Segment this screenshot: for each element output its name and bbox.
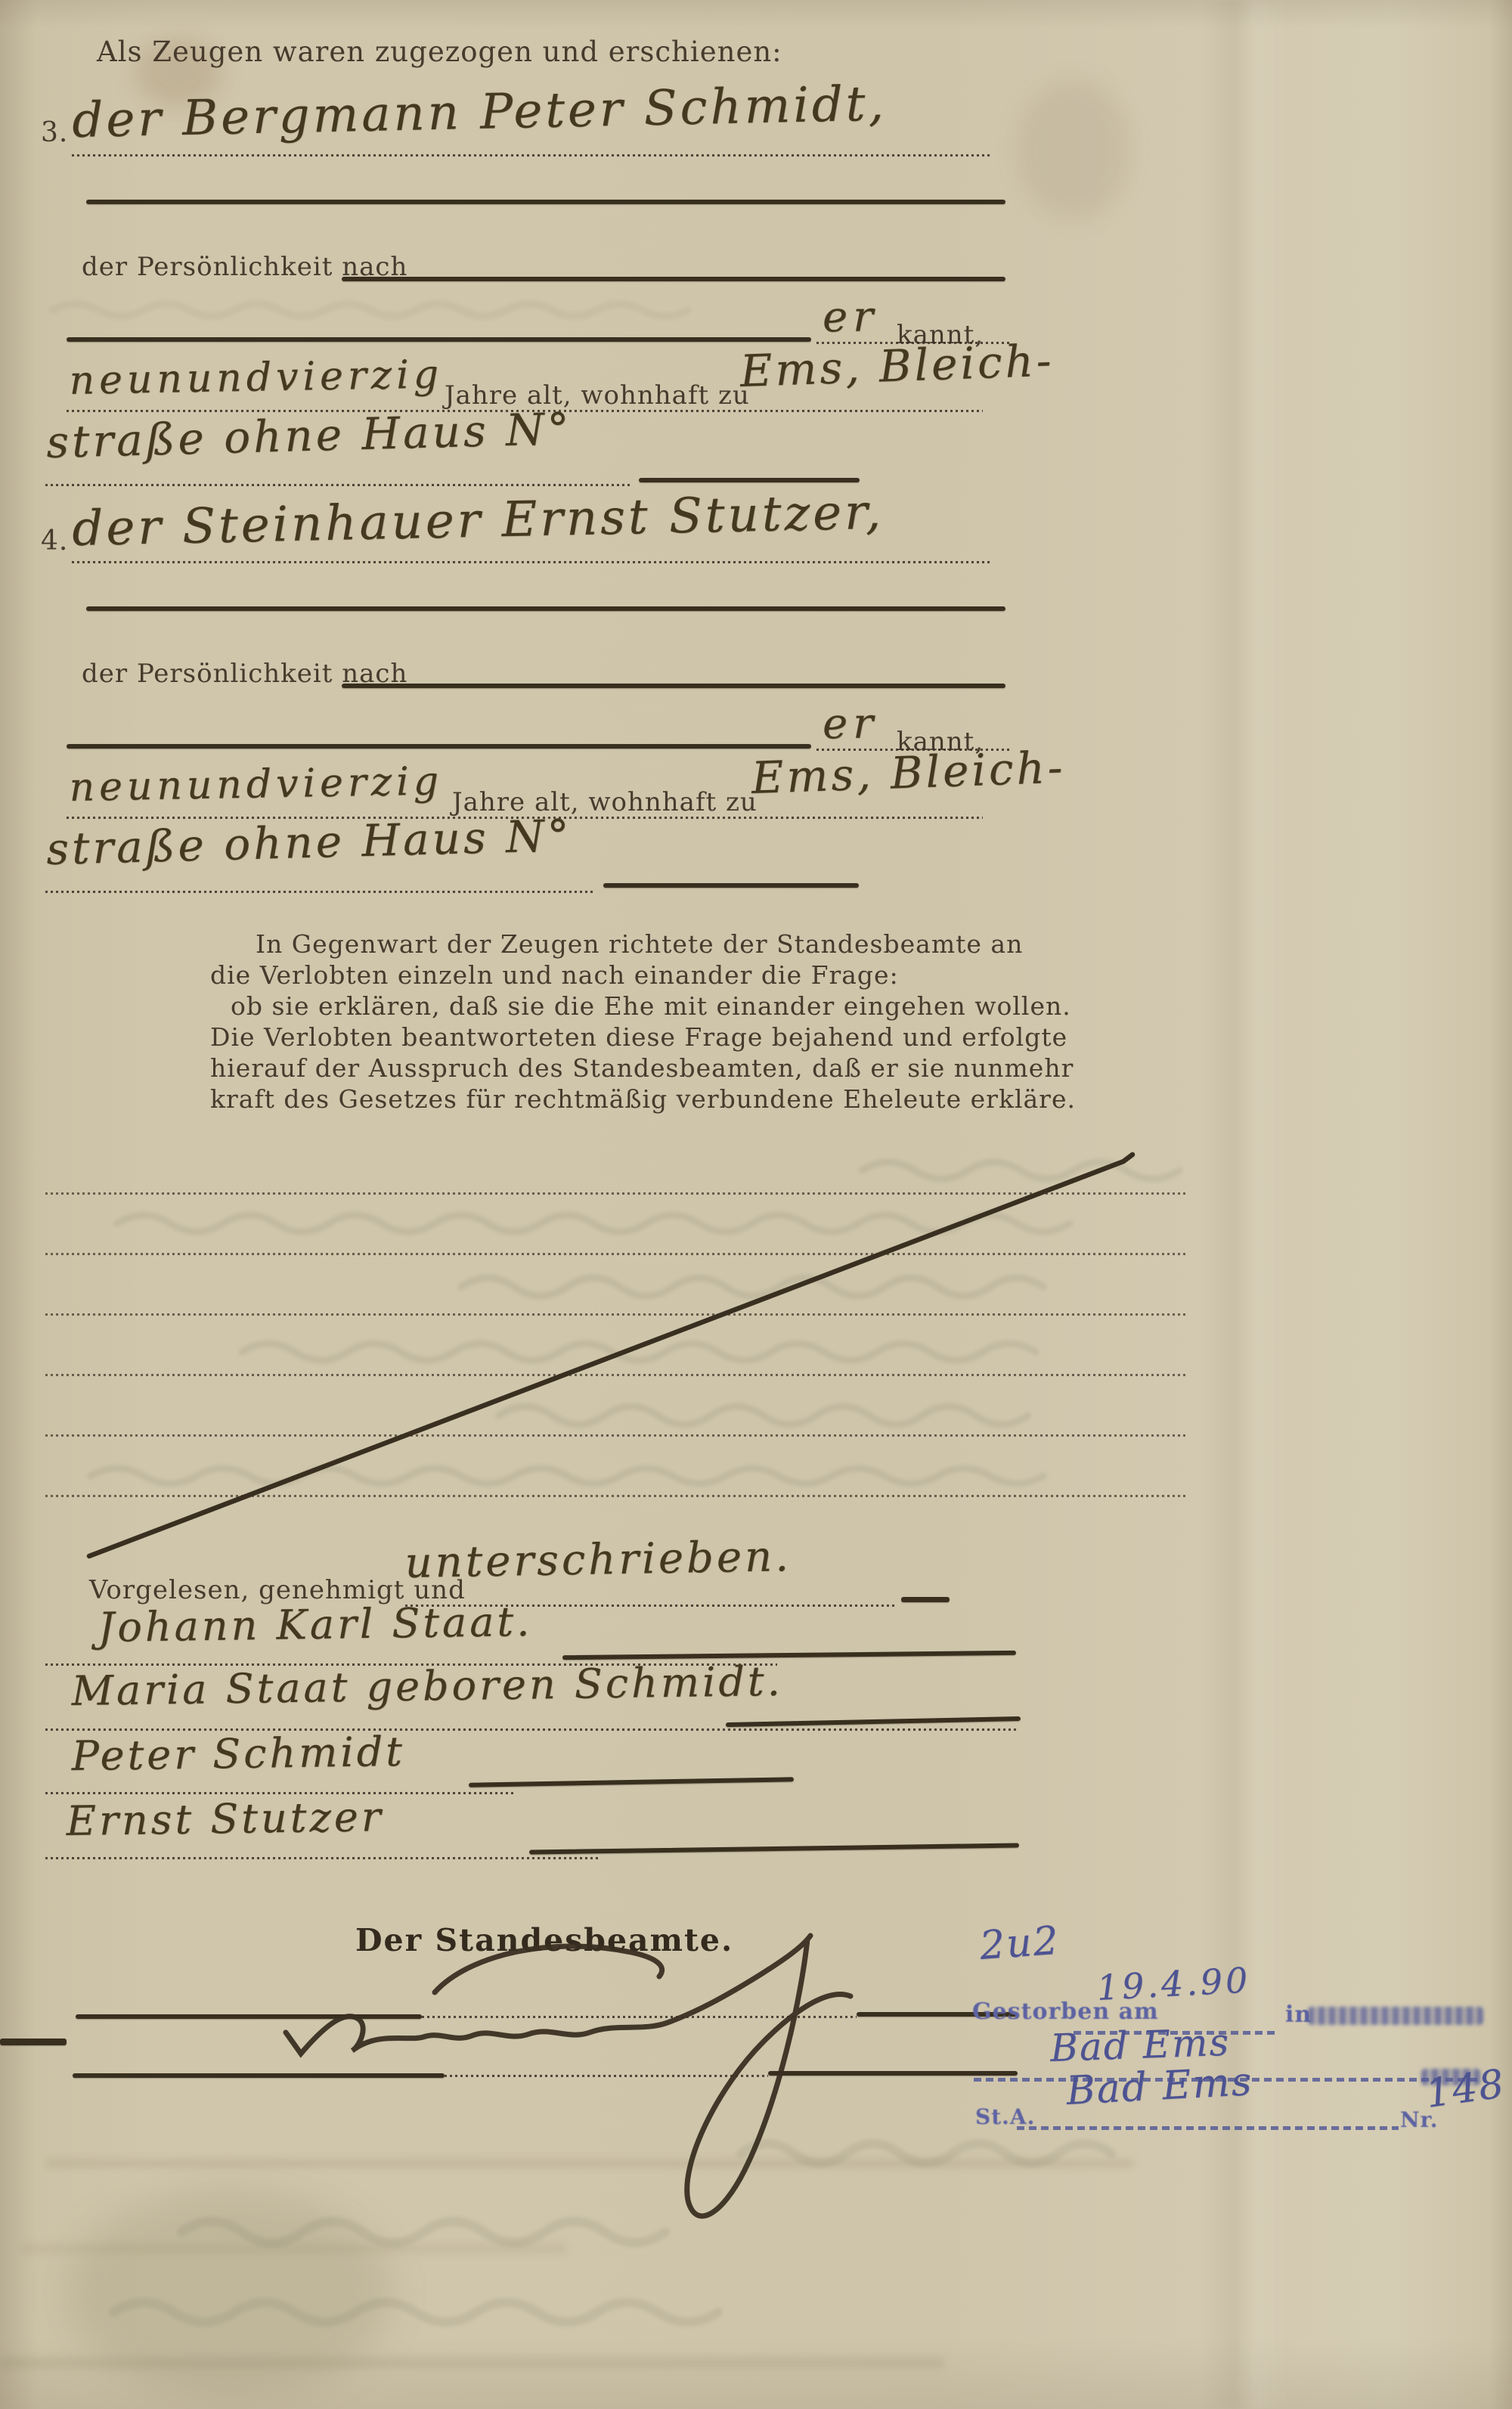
- deceased-date: 19.4.90: [1096, 1962, 1252, 2005]
- registrar-signature: [0, 0, 1512, 2409]
- registry-place: Bad Ems: [1065, 2062, 1253, 2111]
- stamp-dashed-line: [1017, 2126, 1399, 2130]
- deceased-place: Bad Ems: [1049, 2023, 1231, 2067]
- ink-smear: [1308, 2007, 1483, 2025]
- annotation-reference: 2u2: [978, 1921, 1061, 1966]
- registry-stamp-label: St.A.: [975, 2107, 1035, 2128]
- registry-number: 148: [1424, 2064, 1507, 2114]
- scanned-registry-document: Als Zeugen waren zugezogen und erschiene…: [0, 0, 1512, 2409]
